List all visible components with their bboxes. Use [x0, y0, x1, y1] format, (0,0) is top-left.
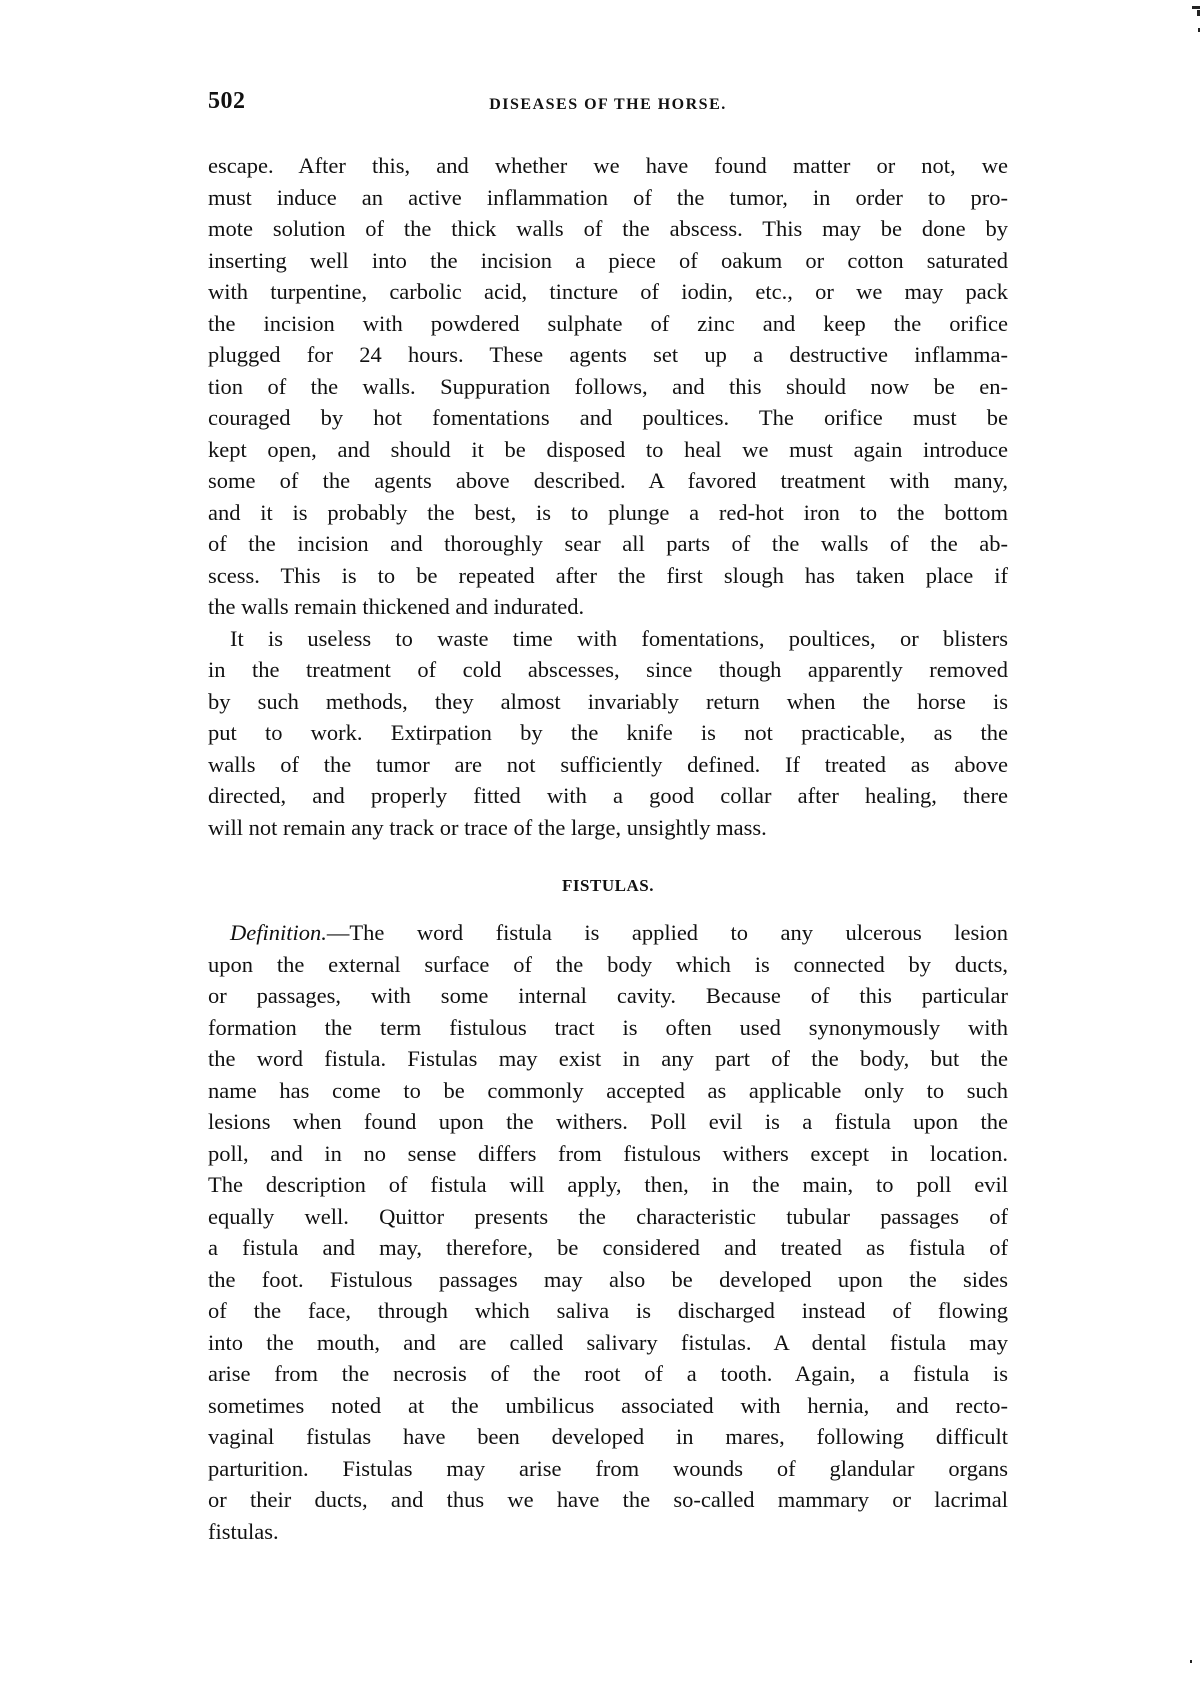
text-line: plugged for 24 hours. These agents set u…	[208, 339, 1008, 371]
text-line: some of the agents above described. A fa…	[208, 465, 1008, 497]
text-line: or their ducts, and thus we have the so-…	[208, 1484, 1008, 1516]
book-page: 502 DISEASES OF THE HORSE. escape. After…	[208, 88, 1008, 1547]
scan-artifact	[1190, 1660, 1192, 1663]
text-line: parturition. Fistulas may arise from wou…	[208, 1453, 1008, 1485]
text-line: formation the term fistulous tract is of…	[208, 1012, 1008, 1044]
text-line: escape. After this, and whether we have …	[208, 150, 1008, 182]
text-line: directed, and properly fitted with a goo…	[208, 780, 1008, 812]
text-line: inserting well into the incision a piece…	[208, 245, 1008, 277]
text-line: couraged by hot fomentations and poultic…	[208, 402, 1008, 434]
text-line: upon the external surface of the body wh…	[208, 949, 1008, 981]
section-heading: FISTULAS.	[208, 871, 1008, 901]
text-line: lesions when found upon the withers. Pol…	[208, 1106, 1008, 1138]
running-title: DISEASES OF THE HORSE.	[208, 96, 1008, 114]
text-line: the walls remain thickened and indurated…	[208, 591, 1008, 623]
text-line: arise from the necrosis of the root of a…	[208, 1358, 1008, 1390]
definition-first-line: —The word fistula is applied to any ulce…	[327, 920, 1008, 945]
text-line: of the incision and thoroughly sear all …	[208, 528, 1008, 560]
paragraph-abscess-treatment: escape. After this, and whether we have …	[208, 150, 1008, 623]
text-line: fistulas.	[208, 1516, 1008, 1548]
body-text: escape. After this, and whether we have …	[208, 150, 1008, 1547]
text-line: the incision with powdered sulphate of z…	[208, 308, 1008, 340]
text-line: the word fistula. Fistulas may exist in …	[208, 1043, 1008, 1075]
text-line: It is useless to waste time with fomenta…	[208, 623, 1008, 655]
text-line: mote solution of the thick walls of the …	[208, 213, 1008, 245]
text-line: into the mouth, and are called salivary …	[208, 1327, 1008, 1359]
text-line: Definition.—The word fistula is applied …	[208, 917, 1008, 949]
text-line: by such methods, they almost invariably …	[208, 686, 1008, 718]
paragraph-cold-abscesses: It is useless to waste time with fomenta…	[208, 623, 1008, 844]
definition-lead-in: Definition.	[230, 920, 327, 945]
text-line: scess. This is to be repeated after the …	[208, 560, 1008, 592]
text-line: name has come to be commonly accepted as…	[208, 1075, 1008, 1107]
text-line: put to work. Extirpation by the knife is…	[208, 717, 1008, 749]
text-line: the foot. Fistulous passages may also be…	[208, 1264, 1008, 1296]
text-line: vaginal fistulas have been developed in …	[208, 1421, 1008, 1453]
text-line: equally well. Quittor presents the chara…	[208, 1201, 1008, 1233]
text-line: walls of the tumor are not sufficiently …	[208, 749, 1008, 781]
text-line: poll, and in no sense differs from fistu…	[208, 1138, 1008, 1170]
text-line: sometimes noted at the umbilicus associa…	[208, 1390, 1008, 1422]
text-line: will not remain any track or trace of th…	[208, 812, 1008, 844]
text-line: The description of fistula will apply, t…	[208, 1169, 1008, 1201]
text-line: with turpentine, carbolic acid, tincture…	[208, 276, 1008, 308]
text-line: must induce an active inflammation of th…	[208, 182, 1008, 214]
running-head: 502 DISEASES OF THE HORSE.	[208, 88, 1008, 128]
text-line: tion of the walls. Suppuration follows, …	[208, 371, 1008, 403]
text-line: in the treatment of cold abscesses, sinc…	[208, 654, 1008, 686]
text-line: or passages, with some internal cavity. …	[208, 980, 1008, 1012]
paragraph-fistula-definition: Definition.—The word fistula is applied …	[208, 917, 1008, 1547]
text-line: kept open, and should it be disposed to …	[208, 434, 1008, 466]
text-line: a fistula and may, therefore, be conside…	[208, 1232, 1008, 1264]
text-line: and it is probably the best, is to plung…	[208, 497, 1008, 529]
text-line: of the face, through which saliva is dis…	[208, 1295, 1008, 1327]
scan-artifact	[1192, 6, 1200, 9]
